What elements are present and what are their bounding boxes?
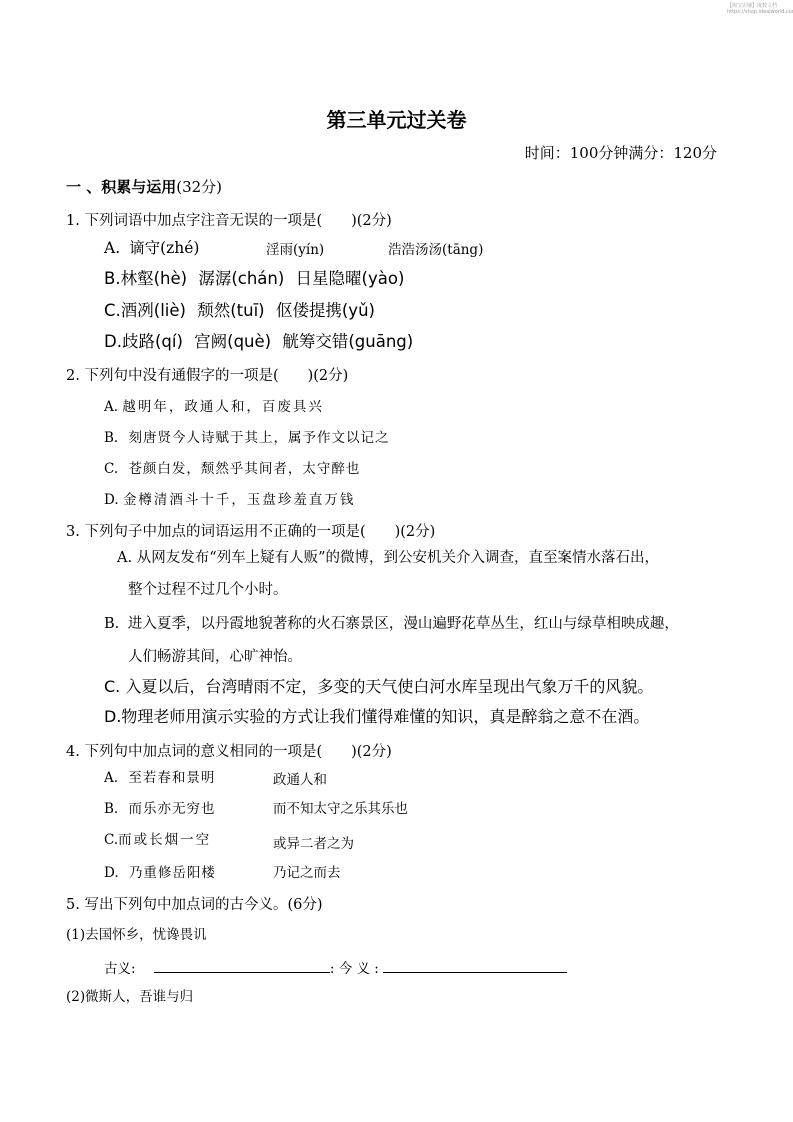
question-2-option-c: C. 苍颜白发，颓然乎其间者，太守醉也: [104, 457, 360, 477]
question-2-option-a: A. 越明年，政通人和，百废具兴: [104, 395, 324, 415]
question-3-option-d: D.物理老师用演示实验的方式让我们懂得难懂的知识，真是醉翁之意不在酒。: [104, 704, 649, 727]
question-1-option-a-item-3: 浩浩汤汤(tāng): [388, 238, 483, 258]
question-5-stem: 5. 写出下列句中加点词的古今义。(6分): [66, 893, 322, 914]
exam-meta: 时间：100分钟满分：120分: [525, 142, 717, 163]
question-5-sub-2: (2)微斯人，吾谁与归: [66, 985, 193, 1005]
question-4-stem: 4. 下列句中加点词的意义相同的一项是( )(2分): [66, 740, 392, 761]
question-4-option-d-right: 乃记之而去: [273, 861, 341, 881]
question-4-option-a: A. 至若春和景明: [104, 766, 215, 786]
ancient-meaning-blank[interactable]: [154, 960, 330, 973]
page-title: 第三单元过关卷: [0, 104, 793, 133]
question-3-option-a: A. 从网友发布“列车上疑有人贩”的微博，到公安机关介入调查，直至案情水落石出，: [117, 546, 659, 567]
question-3-option-b: B. 进入夏季，以丹霞地貌著称的火石寨景区，漫山遍野花草丛生，红山与绿草相映成趣…: [104, 612, 679, 633]
question-2-stem: 2. 下列句中没有通假字的一项是( )(2分): [66, 364, 348, 385]
section-score: (32分): [176, 178, 222, 196]
question-1-option-a-item-2: 淫雨(yín): [266, 238, 324, 258]
question-1-option-c: C.酒冽(liè) 颓然(tuī) 伛偻提携(yǔ): [104, 297, 375, 321]
question-3-stem: 3. 下列句子中加点的词语运用不正确的一项是( )(2分): [66, 520, 435, 541]
modern-meaning-label: : 今 义 :: [330, 961, 379, 977]
question-4-option-d: D. 乃重修岳阳楼: [104, 861, 216, 881]
question-2-option-b: B. 刻唐贤今人诗赋于其上，属予作文以记之: [104, 426, 390, 446]
question-4-option-b: B. 而乐亦无穷也: [104, 797, 216, 817]
question-4-option-a-right: 政通人和: [273, 768, 327, 788]
modern-meaning-blank[interactable]: [383, 960, 567, 973]
question-5-answer-row: 古义: : 今 义 :: [104, 957, 567, 977]
question-4-option-c-right: 或异二者之为: [273, 832, 354, 852]
question-4-option-b-right: 而不知太守之乐其乐也: [273, 797, 408, 817]
question-2-option-d: D. 金樽清酒斗十千，玉盘珍羞直万钱: [104, 488, 355, 508]
question-3-option-c: C. 入夏以后，台湾晴雨不定，多变的天气使白河水库呈现出气象万千的风貌。: [104, 674, 653, 697]
section-label: 一 、积累与运用: [66, 178, 176, 196]
watermark-line-2: https://shop.idealworld.com: [727, 9, 787, 15]
section-heading: 一 、积累与运用(32分): [66, 176, 222, 197]
watermark: 【淘宝店铺】度数文档 https://shop.idealworld.com: [727, 3, 787, 15]
question-4-option-c: C.而或长烟一空: [104, 828, 211, 848]
question-1-option-d: D.歧路(qí) 宫阙(què) 觥筹交错(guāng): [104, 328, 413, 352]
question-1-stem: 1. 下列词语中加点字注音无误的一项是( )(2分): [66, 209, 392, 230]
ancient-meaning-label: 古义:: [104, 961, 136, 977]
question-1-option-b: B.林壑(hè) 潺潺(chán) 日星隐曜(yào): [104, 265, 404, 289]
question-1-option-a: A. 谪守(zhé): [104, 236, 199, 258]
question-3-option-a-continued: 整个过程不过几个小时。: [128, 578, 288, 599]
question-5-sub-1: (1)去国怀乡，忧谗畏讥: [66, 923, 207, 943]
question-3-option-b-continued: 人们畅游其间，心旷神怡。: [128, 645, 302, 666]
